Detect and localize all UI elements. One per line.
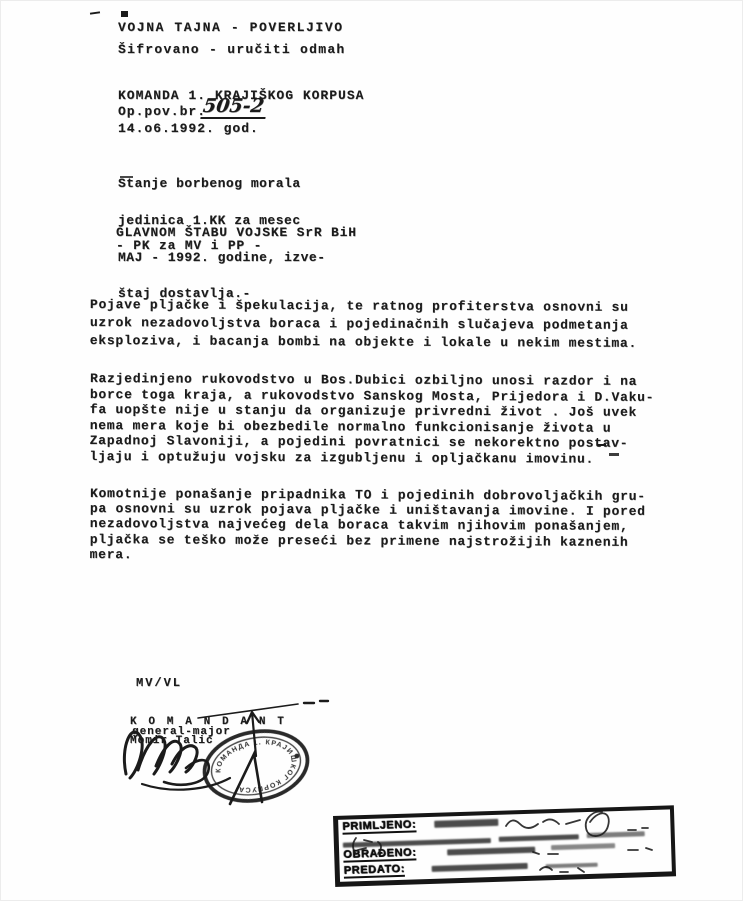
- subject-line: MAJ - 1992. godine, izve-: [118, 252, 326, 264]
- ink-smudge: [432, 863, 528, 872]
- classification-line: VOJNA TAJNA - POVERLJIVO: [118, 20, 344, 35]
- typist-initials: MV/VL: [136, 676, 182, 690]
- text-line: ljaju i optužuju vojsku za izgubljenu i …: [90, 449, 654, 468]
- paragraph-2: Razjedinjeno rukovodstvo u Bos.Dubici oz…: [90, 371, 655, 468]
- paragraph-1: Pojave pljačke i špekulacija, te ratnog …: [90, 296, 638, 353]
- scan-artifact-dash: [90, 11, 100, 14]
- scan-artifact-dot: [121, 11, 128, 17]
- scanned-document-page: VOJNA TAJNA - POVERLJIVO Šifrovano - uru…: [0, 0, 743, 901]
- text-line: eksploziva, i bacanja bombi na objekte i…: [90, 332, 637, 353]
- scan-artifact-dash: [609, 453, 619, 456]
- reference-label: Op.pov.br.: [118, 104, 206, 119]
- ink-smudge: [499, 834, 579, 842]
- ink-smudge: [551, 843, 615, 850]
- handling-instruction-line: Šifrovano - uručiti odmah: [118, 42, 346, 57]
- receipt-delivered-label: PREDATO:: [344, 864, 406, 879]
- scan-artifact-overbar: [120, 176, 133, 178]
- ink-smudge: [434, 819, 498, 828]
- reference-number-handwritten: 505-2: [200, 95, 268, 119]
- scan-artifact-dash: [597, 444, 606, 446]
- receipt-processed-label: OBRAĐENO:: [343, 847, 417, 862]
- document-date: 14.o6.1992. god.: [118, 121, 259, 136]
- ink-smudge: [587, 831, 645, 838]
- ink-smudge: [343, 838, 491, 848]
- ink-smudge: [546, 863, 598, 869]
- subject-line: Stanje borbenog morala: [118, 178, 326, 190]
- stamp-outer-ring: [198, 723, 313, 810]
- ink-smudge: [447, 847, 535, 856]
- text-line: pljačka se teško može preseći bez primen…: [90, 532, 646, 550]
- receipt-stamp: PRIMLJENO: OBRAĐENO: PREDATO:: [333, 805, 676, 887]
- text-line: mera.: [90, 547, 646, 565]
- addressee-line: - PK za MV i PP -: [116, 238, 262, 253]
- receipt-received-label: PRIMLJENO:: [342, 819, 416, 834]
- paragraph-3: Komotnije ponašanje pripadnika TO i poje…: [90, 486, 646, 565]
